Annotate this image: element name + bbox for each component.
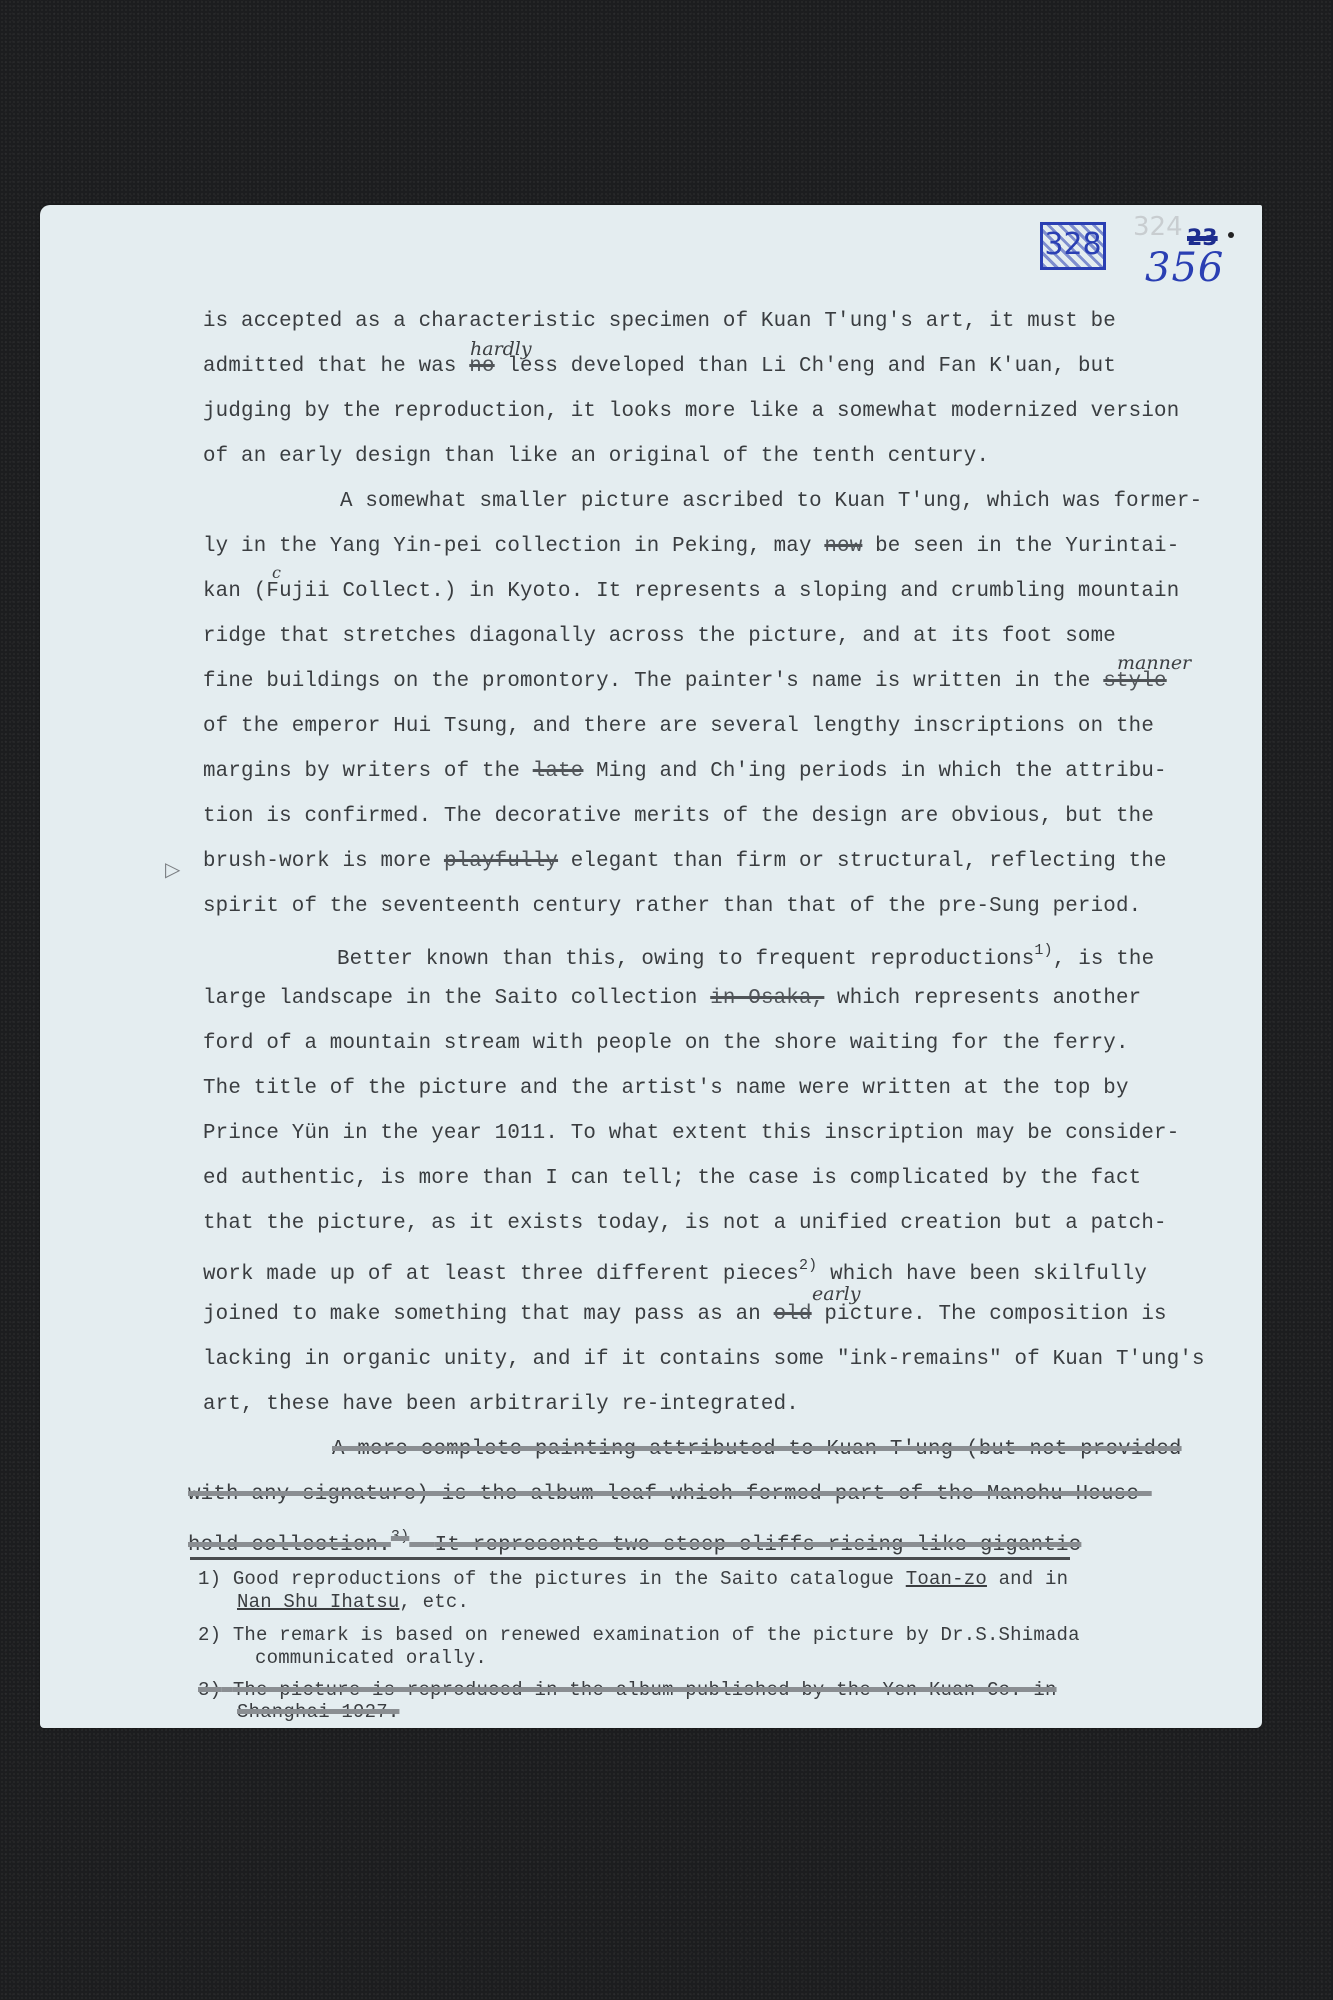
handwritten-insertion: manner (1117, 652, 1191, 674)
body-line: is accepted as a characteristic specimen… (203, 310, 1116, 333)
body-line: margins by writers of the late Ming and … (203, 760, 1167, 783)
footnote-rule (190, 1557, 1070, 1560)
body-line: admitted that he was no less developed t… (203, 355, 1116, 378)
struck-word: playfully (444, 850, 558, 873)
body-line: brush-work is more playfully elegant tha… (203, 850, 1167, 873)
handwritten-insertion: c (272, 563, 281, 582)
struck-line: A more complete painting attributed to K… (332, 1438, 1182, 1461)
body-line: ford of a mountain stream with people on… (203, 1032, 1129, 1055)
handwritten-insertion: hardly (470, 338, 532, 360)
struck-line: with any signature) is the album leaf wh… (188, 1483, 1152, 1506)
body-line: ed authentic, is more than I can tell; t… (203, 1167, 1141, 1190)
struck-word: now (824, 535, 862, 558)
body-line: The title of the picture and the artist'… (203, 1077, 1129, 1100)
body-line-indented: A somewhat smaller picture ascribed to K… (340, 490, 1202, 513)
body-line: fine buildings on the promontory. The pa… (203, 670, 1167, 693)
footnote-ref: 1) (1034, 942, 1052, 959)
body-line: joined to make something that may pass a… (203, 1303, 1167, 1326)
body-line: that the picture, as it exists today, is… (203, 1212, 1167, 1235)
struck-line: hold collection.3) It represents two ste… (188, 1528, 1081, 1557)
body-line-indented: Better known than this, owing to frequen… (337, 942, 1154, 971)
body-line: spirit of the seventeenth century rather… (203, 895, 1141, 918)
body-line: work made up of at least three different… (203, 1257, 1147, 1286)
footnote-ref: 2) (799, 1257, 817, 1274)
struck-word: in Osaka, (710, 987, 824, 1010)
footnote-3-struck: 3) The picture is reproduced in the albu… (198, 1679, 1057, 1701)
footnote-3-struck-cont: Shanghai 1927. (237, 1701, 399, 1723)
handwritten-insertion: early (812, 1283, 860, 1305)
body-line: lacking in organic unity, and if it cont… (203, 1348, 1205, 1371)
struck-word: old (774, 1303, 812, 1326)
struck-word: late (533, 760, 584, 783)
body-line: ridge that stretches diagonally across t… (203, 625, 1116, 648)
folio-dot (1228, 232, 1234, 238)
margin-arrow-icon: ▷ (165, 857, 180, 881)
body-line: Prince Yün in the year 1011. To what ext… (203, 1122, 1179, 1145)
footnote-2: 2) The remark is based on renewed examin… (198, 1624, 1080, 1646)
body-line: of an early design than like an original… (203, 445, 989, 468)
footnote-1-cont: Nan Shu Ihatsu, etc. (237, 1591, 469, 1613)
body-line: tion is confirmed. The decorative merits… (203, 805, 1154, 828)
footnote-1: 1) Good reproductions of the pictures in… (198, 1568, 1068, 1590)
body-line: kan (Fujii Collect.) in Kyoto. It repres… (203, 580, 1179, 603)
body-line: art, these have been arbitrarily re-inte… (203, 1393, 799, 1416)
body-line: ly in the Yang Yin-pei collection in Pek… (203, 535, 1179, 558)
footnote-2-cont: communicated orally. (255, 1647, 487, 1669)
body-line: of the emperor Hui Tsung, and there are … (203, 715, 1154, 738)
faint-pencil-folio-number: 324 (1133, 212, 1183, 242)
crossed-out-folio-number: 328 (1040, 222, 1106, 270)
body-line: large landscape in the Saito collection … (203, 987, 1141, 1010)
body-line: judging by the reproduction, it looks mo… (203, 400, 1179, 423)
page-number: 356 (1145, 245, 1224, 291)
